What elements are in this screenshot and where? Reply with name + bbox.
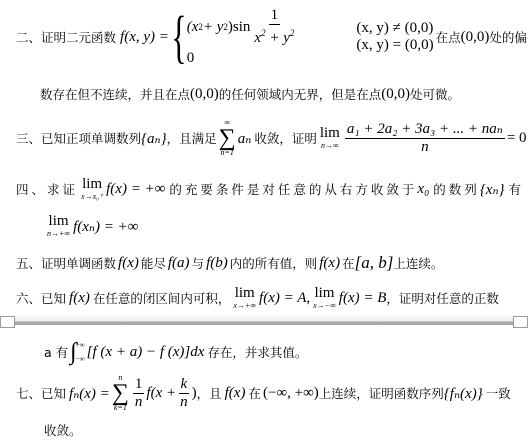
fraction-denominator: n (419, 139, 431, 156)
fraction-denominator: n (178, 394, 190, 411)
lim-subscript: x→+∞ (233, 302, 256, 310)
lim-word: lim (49, 214, 69, 229)
integral: ∫ +∞ −∞ (70, 338, 85, 366)
problem-7-term-a: f(x + (146, 385, 176, 402)
problem-2-tail-1: 在点 (436, 28, 461, 46)
problem-6-lim2-expression: f(x) = B (339, 290, 387, 307)
problem-3-fraction: a₁ + 2a₂ + 3a₃ + ... + naₙ n (345, 121, 505, 156)
fraction-numerator: a₁ + 2a₂ + 3a₃ + ... + naₙ (345, 121, 505, 139)
problem-5-text-b: 能尽 (141, 254, 166, 272)
limit: lim x→x₀⁺ (81, 177, 103, 201)
problem-4-line-1: 四、 求证 lim x→x₀⁺ f(x) = +∞ 的充要条件是对任意的从右方收… (16, 176, 521, 202)
problem-4-text-b: 的充要条件是对任意的从右方收敛于 (169, 180, 417, 198)
problem-5-interval: [a, b] (355, 253, 394, 273)
problem-7-line-2: 收敛。 (44, 421, 82, 439)
problem-7-text-c: 在 (248, 384, 261, 402)
problem-5-text-d: 内的所有值，则 (230, 254, 318, 272)
fraction-denominator: n (133, 394, 145, 411)
page-break-marker-right (513, 316, 528, 328)
integral-lower-limit: −∞ (76, 352, 85, 366)
case-1-part-c: )sin (228, 19, 251, 36)
case-1-fraction: 1 x2 + y2 (252, 7, 296, 47)
problem-3-text-c: 收敛，证明 (254, 129, 317, 147)
fraction-1-over-n: 1 n (133, 376, 145, 411)
integral-upper-limit: +∞ (76, 338, 85, 352)
sigma-symbol: ∑ (112, 382, 129, 404)
limit: lim n→∞ (320, 126, 340, 150)
problem-7-text-d: 上连续，证明函数序列 (319, 384, 444, 402)
problem-3-number: 三、 (16, 129, 41, 147)
problem-5-text-f: 上连续。 (393, 254, 443, 272)
case-2-expression: 0 (187, 50, 299, 67)
lim-subscript: n→∞ (321, 142, 339, 150)
problem-4-line-2-expression: f(xₙ) = +∞ (73, 217, 138, 236)
limit-plus-infinity: lim x→+∞ (233, 286, 256, 310)
problem-7: 七、 已知 fₙ(x) = n ∑ k=1 1 n f(x + k n ) ，且… (16, 372, 511, 414)
problem-2-line-2-a: 数存在但不连续，并且在点 (40, 85, 190, 103)
piecewise-conditions: (x, y) ≠ (0,0) (x, y) = (0,0) (356, 20, 433, 54)
problem-6-number: 六、 (16, 289, 41, 307)
fraction-numerator: 1 (133, 376, 145, 394)
problem-7-lhs: fₙ(x) = (69, 384, 110, 403)
problem-4-number: 四、 (16, 180, 47, 198)
problem-2-line-2: 数存在但不连续，并且在点 (0,0) 的任何领域内无界，但是在点 (0,0) 处… (40, 84, 460, 104)
problem-3-rhs: = 0 (507, 130, 527, 147)
problem-3-text-a: 已知正项单调数列 (41, 129, 141, 147)
lim-word: lim (235, 286, 255, 301)
lim-subscript: n→+∞ (47, 230, 70, 238)
problem-5-text-c: 与 (192, 254, 205, 272)
problem-2-point: (0,0) (461, 29, 490, 46)
problem-7-text-e: 一致 (486, 384, 511, 402)
problem-6-line-2: a 有 ∫ +∞ −∞ [f (x + a) − f (x)]dx 存在，并求其… (44, 338, 307, 366)
case-1-part-b: + y (203, 19, 224, 36)
problem-6-fx: f(x) (69, 290, 90, 307)
problem-6-lim1-expression: f(x) = A, (259, 290, 310, 307)
fraction-denominator: x2 + y2 (252, 25, 296, 47)
x0-symbol: x₀ (417, 181, 429, 198)
den-sup-2: 2 (290, 28, 295, 38)
problem-5-text-a: 证明单调函数 (41, 254, 116, 272)
fraction-k-over-n: k n (178, 376, 190, 411)
case-1-part-a: (x (187, 19, 199, 36)
problem-5-fx-1: f(x) (118, 255, 139, 272)
lim-word: lim (320, 126, 340, 141)
integral-limits: +∞ −∞ (76, 338, 85, 366)
problem-2-line-1: 二、 证明二元函数 f(x, y) = { (x2 + y2 )sin 1 x2… (16, 6, 528, 68)
piecewise-cases: (x2 + y2 )sin 1 x2 + y2 0 (187, 7, 299, 67)
problem-2-line-2-b: 的任何领域内无界，但是在点 (219, 85, 382, 103)
limit: lim n→+∞ (47, 214, 70, 238)
problem-5: 五、 证明单调函数 f(x) 能尽 f(a) 与 f(b) 内的所有值，则 f(… (16, 252, 443, 274)
problem-4-text-a: 求证 (47, 180, 78, 198)
problem-2-tail-2: 处的偏导 (489, 28, 528, 46)
summation: n ∑ k=1 (112, 374, 129, 412)
lim-subscript: x→x₀⁺ (81, 193, 103, 201)
problem-3-sequence: {aₙ} (141, 129, 167, 148)
problem-6-line-1: 六、 已知 f(x) 在任意的闭区间内可积， lim x→+∞ f(x) = A… (16, 286, 499, 310)
problem-2-intro: 证明二元函数 (41, 28, 116, 46)
problem-4-line-2: lim n→+∞ f(xₙ) = +∞ (44, 214, 138, 238)
problem-2-line-2-point-1: (0,0) (190, 86, 219, 103)
page-break-shadow (0, 314, 528, 321)
fraction-numerator: k (179, 376, 190, 394)
problem-3: 三、 已知正项单调数列 {aₙ} ，且满足 ∞ ∑ n=1 aₙ 收敛，证明 l… (16, 118, 527, 158)
lim-word: lim (314, 286, 334, 301)
problem-5-fa: f(a) (168, 255, 190, 272)
sum-lower-limit: k=1 (114, 404, 127, 412)
problem-7-fx: f(x) (225, 385, 246, 402)
problem-3-text-b: ，且满足 (167, 129, 217, 147)
sum-lower-limit: n=1 (220, 149, 233, 157)
problem-6-line-2-b: 存在，并求其值。 (207, 343, 307, 361)
condition-1: (x, y) ≠ (0,0) (356, 20, 433, 37)
problem-2-number: 二、 (16, 28, 41, 46)
problem-5-text-e: 在 (342, 254, 355, 272)
problem-6-text-b: 在任意的闭区间内可积， (93, 289, 231, 307)
summation: ∞ ∑ n=1 (219, 119, 236, 157)
problem-4-sequence: {xₙ} (480, 180, 505, 199)
problem-5-fx-2: f(x) (319, 255, 340, 272)
problem-4-expression: f(x) = +∞ (106, 181, 165, 198)
problem-5-fb: f(b) (206, 255, 228, 272)
sum-term: aₙ (238, 129, 252, 148)
problem-4-text-d: 有 (509, 180, 522, 198)
problem-7-text-b: ，且 (197, 384, 222, 402)
limit-minus-infinity: lim x→−∞ (313, 286, 336, 310)
lim-subscript: x→−∞ (313, 302, 336, 310)
problem-5-number: 五、 (16, 254, 41, 272)
sigma-symbol: ∑ (219, 127, 236, 149)
problem-7-text-a: 已知 (41, 384, 66, 402)
problem-6-text-a: 已知 (41, 289, 66, 307)
problem-6-line-2-a: a 有 (44, 343, 68, 361)
problem-4-text-c: 的数列 (433, 180, 480, 198)
condition-2: (x, y) = (0,0) (356, 37, 433, 54)
problem-7-line-2: 收敛。 (44, 420, 82, 440)
lim-word: lim (82, 177, 102, 192)
case-1-expression: (x2 + y2 )sin 1 x2 + y2 (187, 7, 299, 47)
problem-7-sequence: {fₙ(x)} (444, 384, 483, 403)
problem-2-line-2-point-2: (0,0) (381, 86, 410, 103)
integrand: [f (x + a) − f (x)]dx (87, 344, 205, 361)
page-break-marker-left (0, 316, 15, 328)
fraction-numerator: 1 (269, 7, 281, 25)
piecewise-brace: { (171, 8, 186, 66)
problem-7-number: 七、 (16, 384, 41, 402)
page-break-separator (0, 321, 528, 325)
problem-6-text-c: ，证明对任意的正数 (386, 289, 499, 307)
problem-2-function-name: f(x, y) = (120, 29, 169, 46)
problem-2-line-2-c: 处可微。 (410, 85, 460, 103)
problem-7-interval: (−∞, +∞) (263, 385, 319, 402)
den-part-b: + y (266, 30, 290, 46)
